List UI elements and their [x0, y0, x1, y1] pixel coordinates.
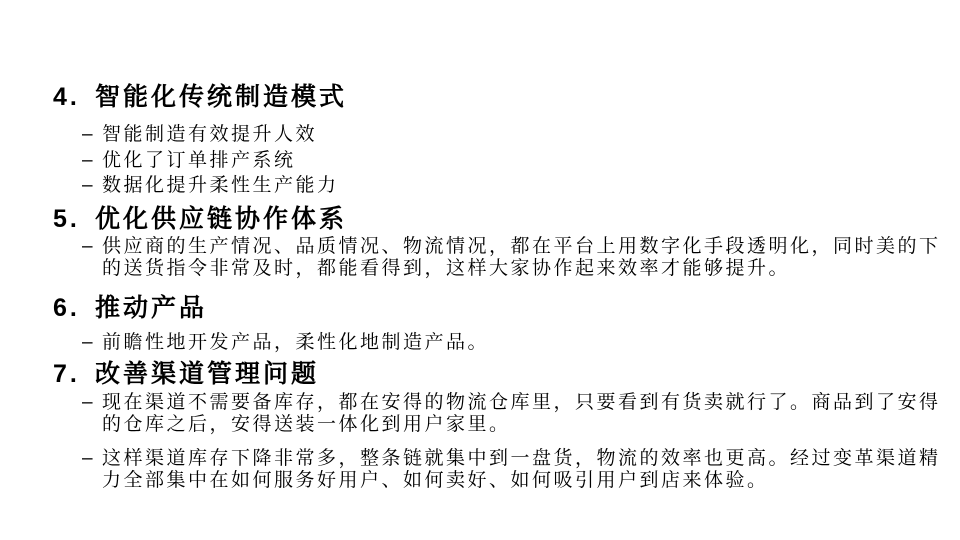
bullet-item: –优化了订单排产系统 [82, 150, 950, 172]
bullet-text: 数据化提升柔性生产能力 [102, 175, 339, 196]
section-title: 智能化传统制造模式 [95, 82, 347, 112]
section-number: 7. [53, 359, 95, 389]
bullet-list: –现在渠道不需要备库存，都在安得的物流仓库里，只要看到有货卖就行了。商品到了安得… [82, 392, 950, 492]
dash-bullet-marker: – [82, 150, 102, 172]
section-5: 5.优化供应链协作体系 –供应商的生产情况、品质情况、物流情况，都在平台上用数字… [53, 204, 950, 281]
bullet-list: –前瞻性地开发产品，柔性化地制造产品。 [82, 332, 950, 354]
dash-bullet-marker: – [82, 332, 102, 354]
section-heading: 6.推动产品 [53, 293, 950, 323]
section-title: 改善渠道管理问题 [95, 359, 319, 389]
section-title: 优化供应链协作体系 [95, 204, 347, 234]
bullet-item: –供应商的生产情况、品质情况、物流情况，都在平台上用数字化手段透明化，同时美的下… [82, 236, 950, 280]
section-7: 7.改善渠道管理问题 –现在渠道不需要备库存，都在安得的物流仓库里，只要看到有货… [53, 359, 950, 493]
slide: 4.智能化传统制造模式 –智能制造有效提升人效 –优化了订单排产系统 –数据化提… [0, 0, 960, 540]
dash-bullet-marker: – [82, 124, 102, 146]
bullet-item: –前瞻性地开发产品，柔性化地制造产品。 [82, 332, 950, 354]
section-heading: 5.优化供应链协作体系 [53, 204, 950, 234]
section-4: 4.智能化传统制造模式 –智能制造有效提升人效 –优化了订单排产系统 –数据化提… [53, 82, 950, 197]
bullet-text: 现在渠道不需要备库存，都在安得的物流仓库里，只要看到有货卖就行了。商品到了安得 … [102, 392, 941, 435]
section-number: 5. [53, 204, 95, 234]
dash-bullet-marker: – [82, 175, 102, 197]
bullet-item: –这样渠道库存下降非常多，整条链就集中到一盘货，物流的效率也更高。经过变革渠道精… [82, 448, 950, 492]
bullet-text: 智能制造有效提升人效 [102, 124, 317, 145]
bullet-list: –供应商的生产情况、品质情况、物流情况，都在平台上用数字化手段透明化，同时美的下… [82, 236, 950, 280]
section-heading: 4.智能化传统制造模式 [53, 82, 950, 112]
section-heading: 7.改善渠道管理问题 [53, 359, 950, 389]
bullet-list: –智能制造有效提升人效 –优化了订单排产系统 –数据化提升柔性生产能力 [82, 124, 950, 197]
dash-bullet-marker: – [82, 448, 102, 470]
dash-bullet-marker: – [82, 392, 102, 414]
bullet-text: 前瞻性地开发产品，柔性化地制造产品。 [102, 332, 489, 353]
section-title: 推动产品 [95, 293, 207, 323]
bullet-text: 优化了订单排产系统 [102, 150, 296, 171]
section-number: 6. [53, 293, 95, 323]
section-number: 4. [53, 82, 95, 112]
bullet-item: –智能制造有效提升人效 [82, 124, 950, 146]
bullet-text: 供应商的生产情况、品质情况、物流情况，都在平台上用数字化手段透明化，同时美的下 … [102, 236, 941, 279]
bullet-item: –现在渠道不需要备库存，都在安得的物流仓库里，只要看到有货卖就行了。商品到了安得… [82, 392, 950, 436]
dash-bullet-marker: – [82, 236, 102, 258]
bullet-text: 这样渠道库存下降非常多，整条链就集中到一盘货，物流的效率也更高。经过变革渠道精 … [102, 448, 941, 491]
bullet-item: –数据化提升柔性生产能力 [82, 175, 950, 197]
section-6: 6.推动产品 –前瞻性地开发产品，柔性化地制造产品。 [53, 293, 950, 355]
